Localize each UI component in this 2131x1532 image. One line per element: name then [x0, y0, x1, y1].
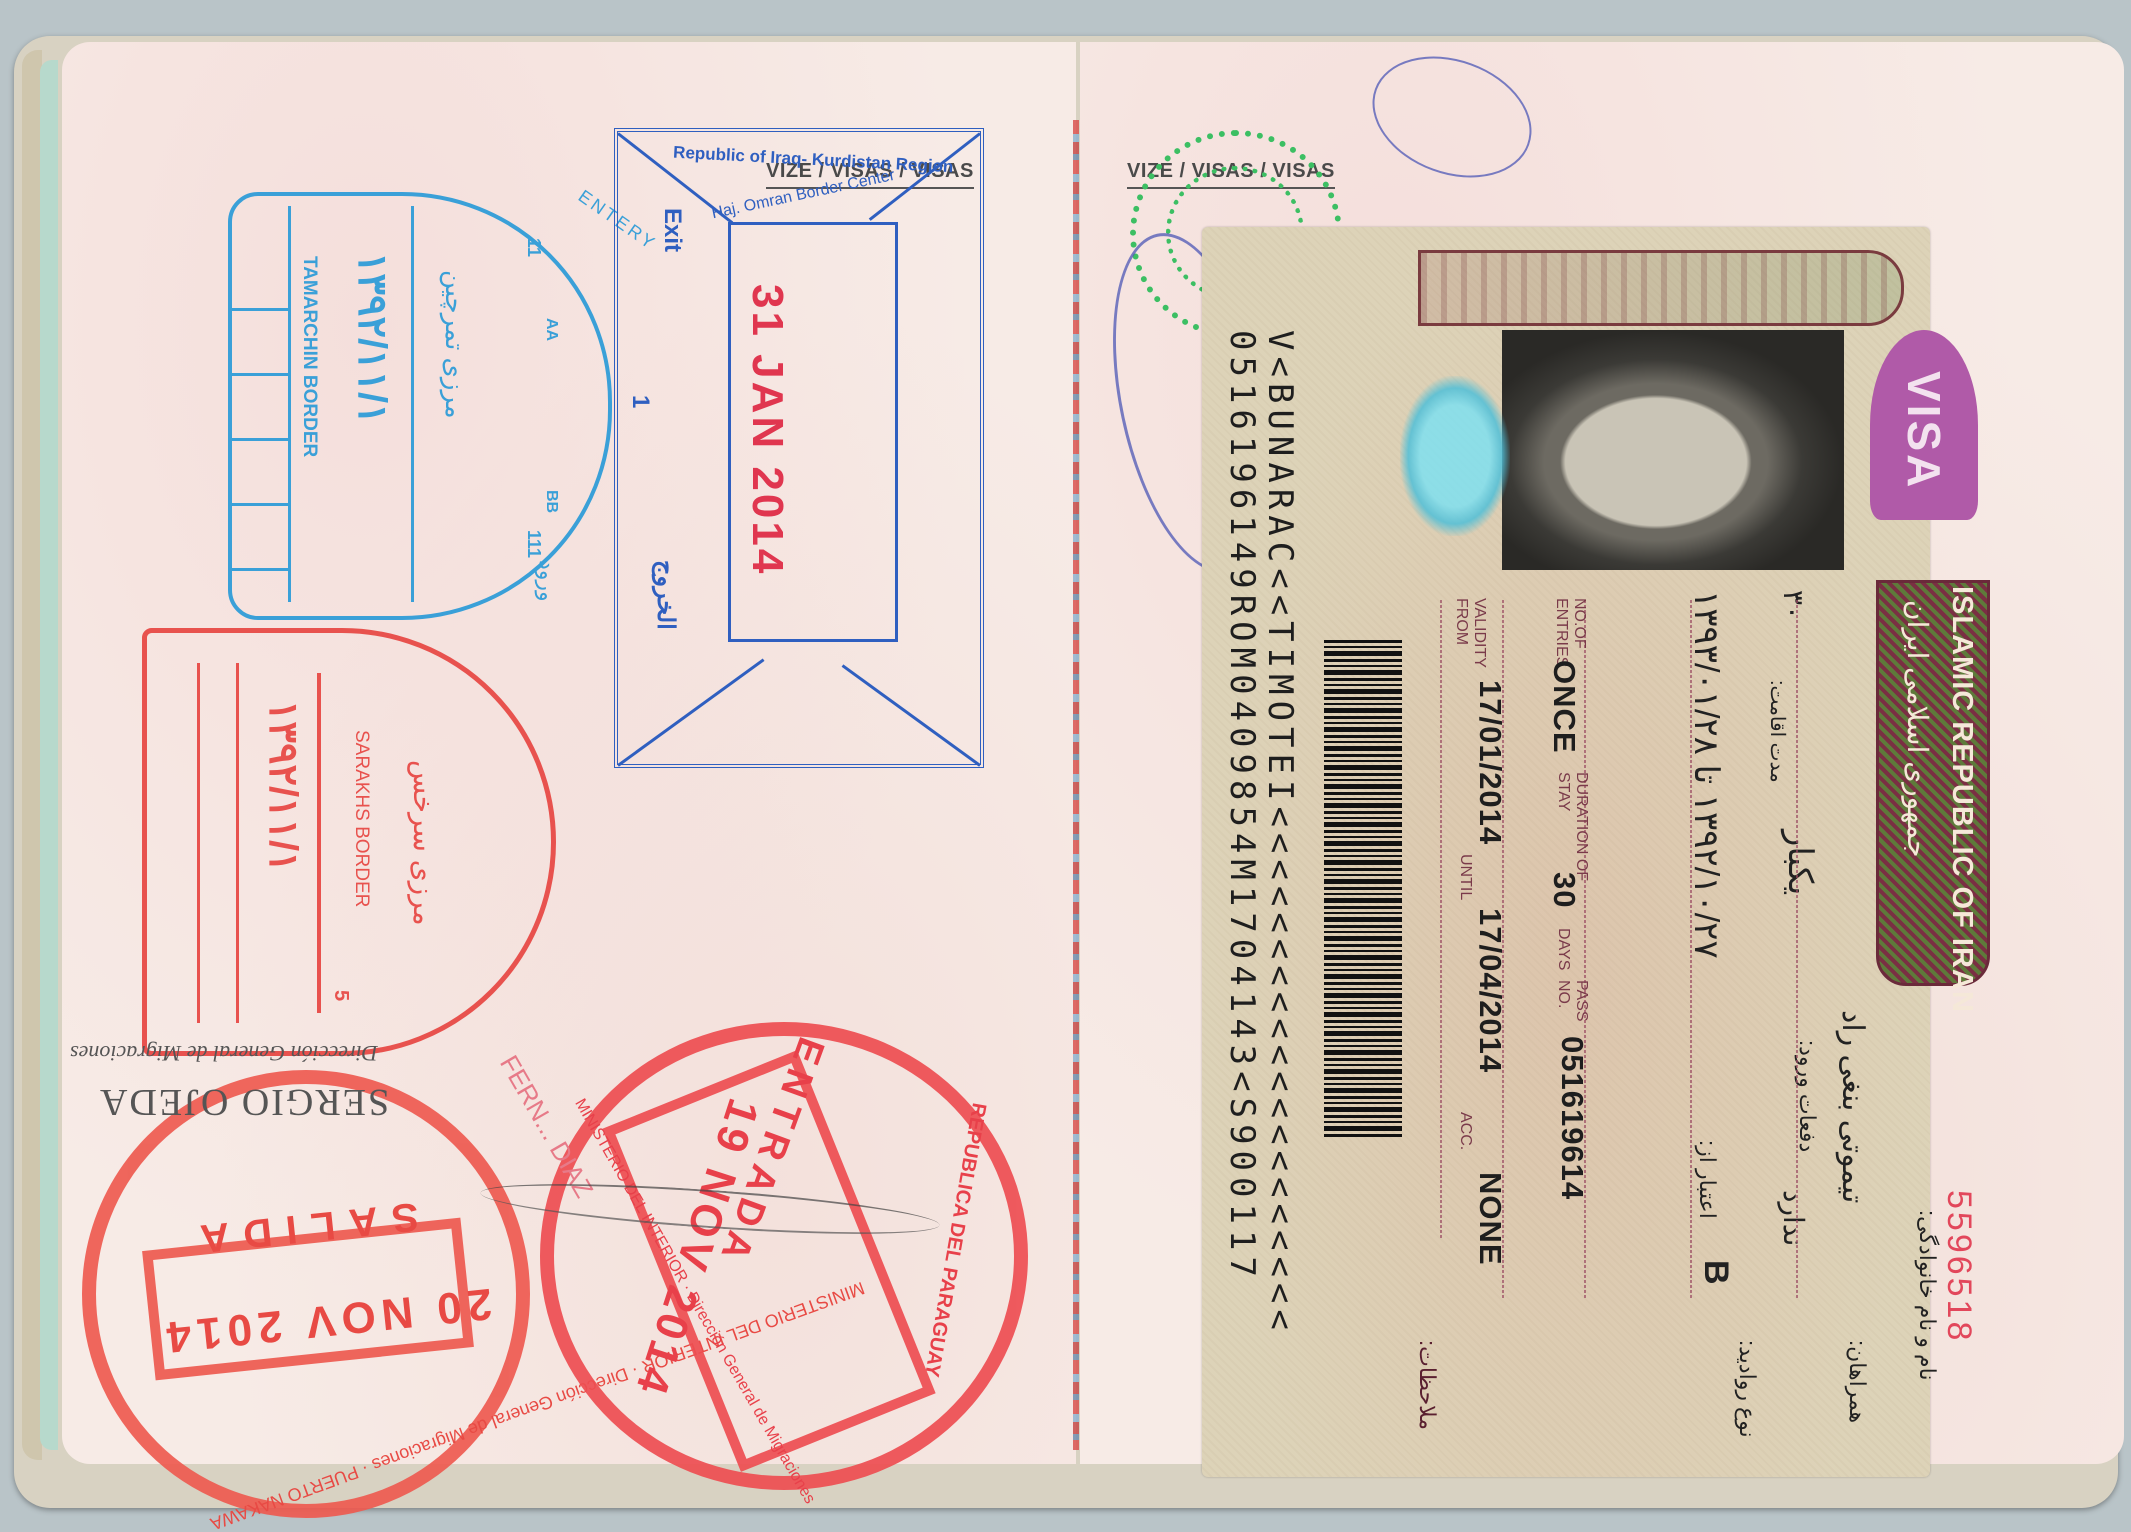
stamp-grid: [232, 246, 288, 576]
kurdistan-exit-date: 31 JAN 2014: [742, 284, 792, 576]
kurdistan-farsi-type: الخروج: [651, 560, 680, 630]
stamp-band: [197, 663, 239, 1023]
cover-edge: [22, 50, 42, 1460]
validity-value-fa: ۱۳۹۲/۱۰/۲۷ تا ۱۳۹۳/۰۱/۲۸: [1686, 590, 1726, 959]
duration-value: 30: [1546, 872, 1582, 908]
stamp-diagonal: [842, 664, 981, 766]
visa-type-label-fa: نوع روادید:: [1734, 1340, 1760, 1438]
binding-thread: [1073, 120, 1079, 1450]
tamarchin-farsi-type: ورود: [534, 560, 560, 602]
kurdistan-exit-label: Exit: [658, 208, 686, 252]
name-label-fa: نام و نام خانوادگی:: [1914, 1210, 1940, 1380]
days-label: DAYS: [1554, 928, 1572, 970]
tamarchin-border-label: TAMARCHIN BORDER: [298, 256, 320, 457]
country-name-en: ISLAMIC REPUBLIC OF IRAN: [1945, 586, 1978, 1013]
tamarchin-side-bottom: 111: [523, 530, 544, 558]
validity-label-fa: اعتبار از:: [1694, 1140, 1720, 1219]
mrz-line-2: 0516196149ROM0409854M1704143<S900117: [1222, 330, 1262, 1283]
field-divider: [1796, 600, 1798, 1300]
validity-until-value: 17/04/2014: [1472, 908, 1508, 1073]
acc-label: ACC.: [1456, 1112, 1474, 1150]
tamarchin-date: ۱۳۹۲/۱۱/۱: [349, 252, 395, 425]
validity-from-value: 17/01/2014: [1472, 680, 1508, 845]
tamarchin-code-bottom: BB: [542, 490, 560, 513]
hologram-seal: [1400, 376, 1510, 536]
visa-type-value: B: [1696, 1260, 1735, 1285]
companions-label-fa: همراهان:: [1844, 1340, 1870, 1423]
kurdistan-title: Republic of Iraq- Kurdistan Region: [673, 143, 954, 178]
visa-barcode: [1324, 640, 1402, 1140]
sarakhs-date: ۱۳۹۲/۱۱/۱: [260, 700, 306, 873]
entries-value: ONCE: [1546, 660, 1582, 754]
acc-value: NONE: [1472, 1172, 1508, 1266]
country-name-fa: جمهوری اسلامی ایران: [1901, 600, 1934, 858]
sarakhs-border-label: SARAKHS BORDER: [350, 730, 372, 907]
companions-value-fa: ندارد: [1777, 1190, 1810, 1246]
visa-emblem: VISA: [1870, 330, 1978, 520]
tamarchin-side-top: 11: [523, 238, 544, 257]
mrz-line-1: V<BUNARAC<<TIMOTEI<<<<<<<<<<<<<<<<<<<<: [1260, 330, 1300, 1336]
visa-number: 5596518: [1939, 1190, 1978, 1343]
salida-officer-name: SERGIO OJEDA: [98, 1080, 389, 1124]
remarks-label-fa: ملاحظات:: [1414, 1340, 1440, 1430]
name-value-fa: تیموتی بنغی راد: [1835, 1010, 1870, 1203]
tamarchin-farsi-name: مرزی تمرچین: [439, 270, 470, 419]
field-divider: [1690, 600, 1692, 1300]
stay-label-fa: مدت اقامت:: [1765, 680, 1790, 783]
salida-department: Dirección General de Migraciones: [70, 1040, 378, 1066]
entries-value-fa: یکبار: [1780, 830, 1820, 895]
sarakhs-farsi-name: مرزی سرخس: [407, 760, 440, 926]
stay-value-fa: ۳۰: [1777, 590, 1810, 620]
tamarchin-code-top: AA: [542, 318, 560, 341]
stamp-diagonal: [617, 658, 764, 766]
ornamental-border: [1418, 250, 1904, 326]
page-stack-edge: [40, 60, 58, 1450]
pass-no-label: PASS NO.: [1554, 980, 1590, 1040]
sarakhs-side-label: 5: [329, 990, 352, 1001]
visa-emblem-text: VISA: [1897, 371, 1951, 479]
kurdistan-gate-number: 1: [626, 395, 654, 408]
until-label: UNTIL: [1456, 854, 1474, 900]
field-divider: [1440, 600, 1442, 1240]
kurdistan-subtitle: Haj. Omran Border Center: [710, 167, 896, 223]
holder-photo: [1502, 330, 1844, 570]
pass-no-value: 051619614: [1554, 1036, 1590, 1200]
